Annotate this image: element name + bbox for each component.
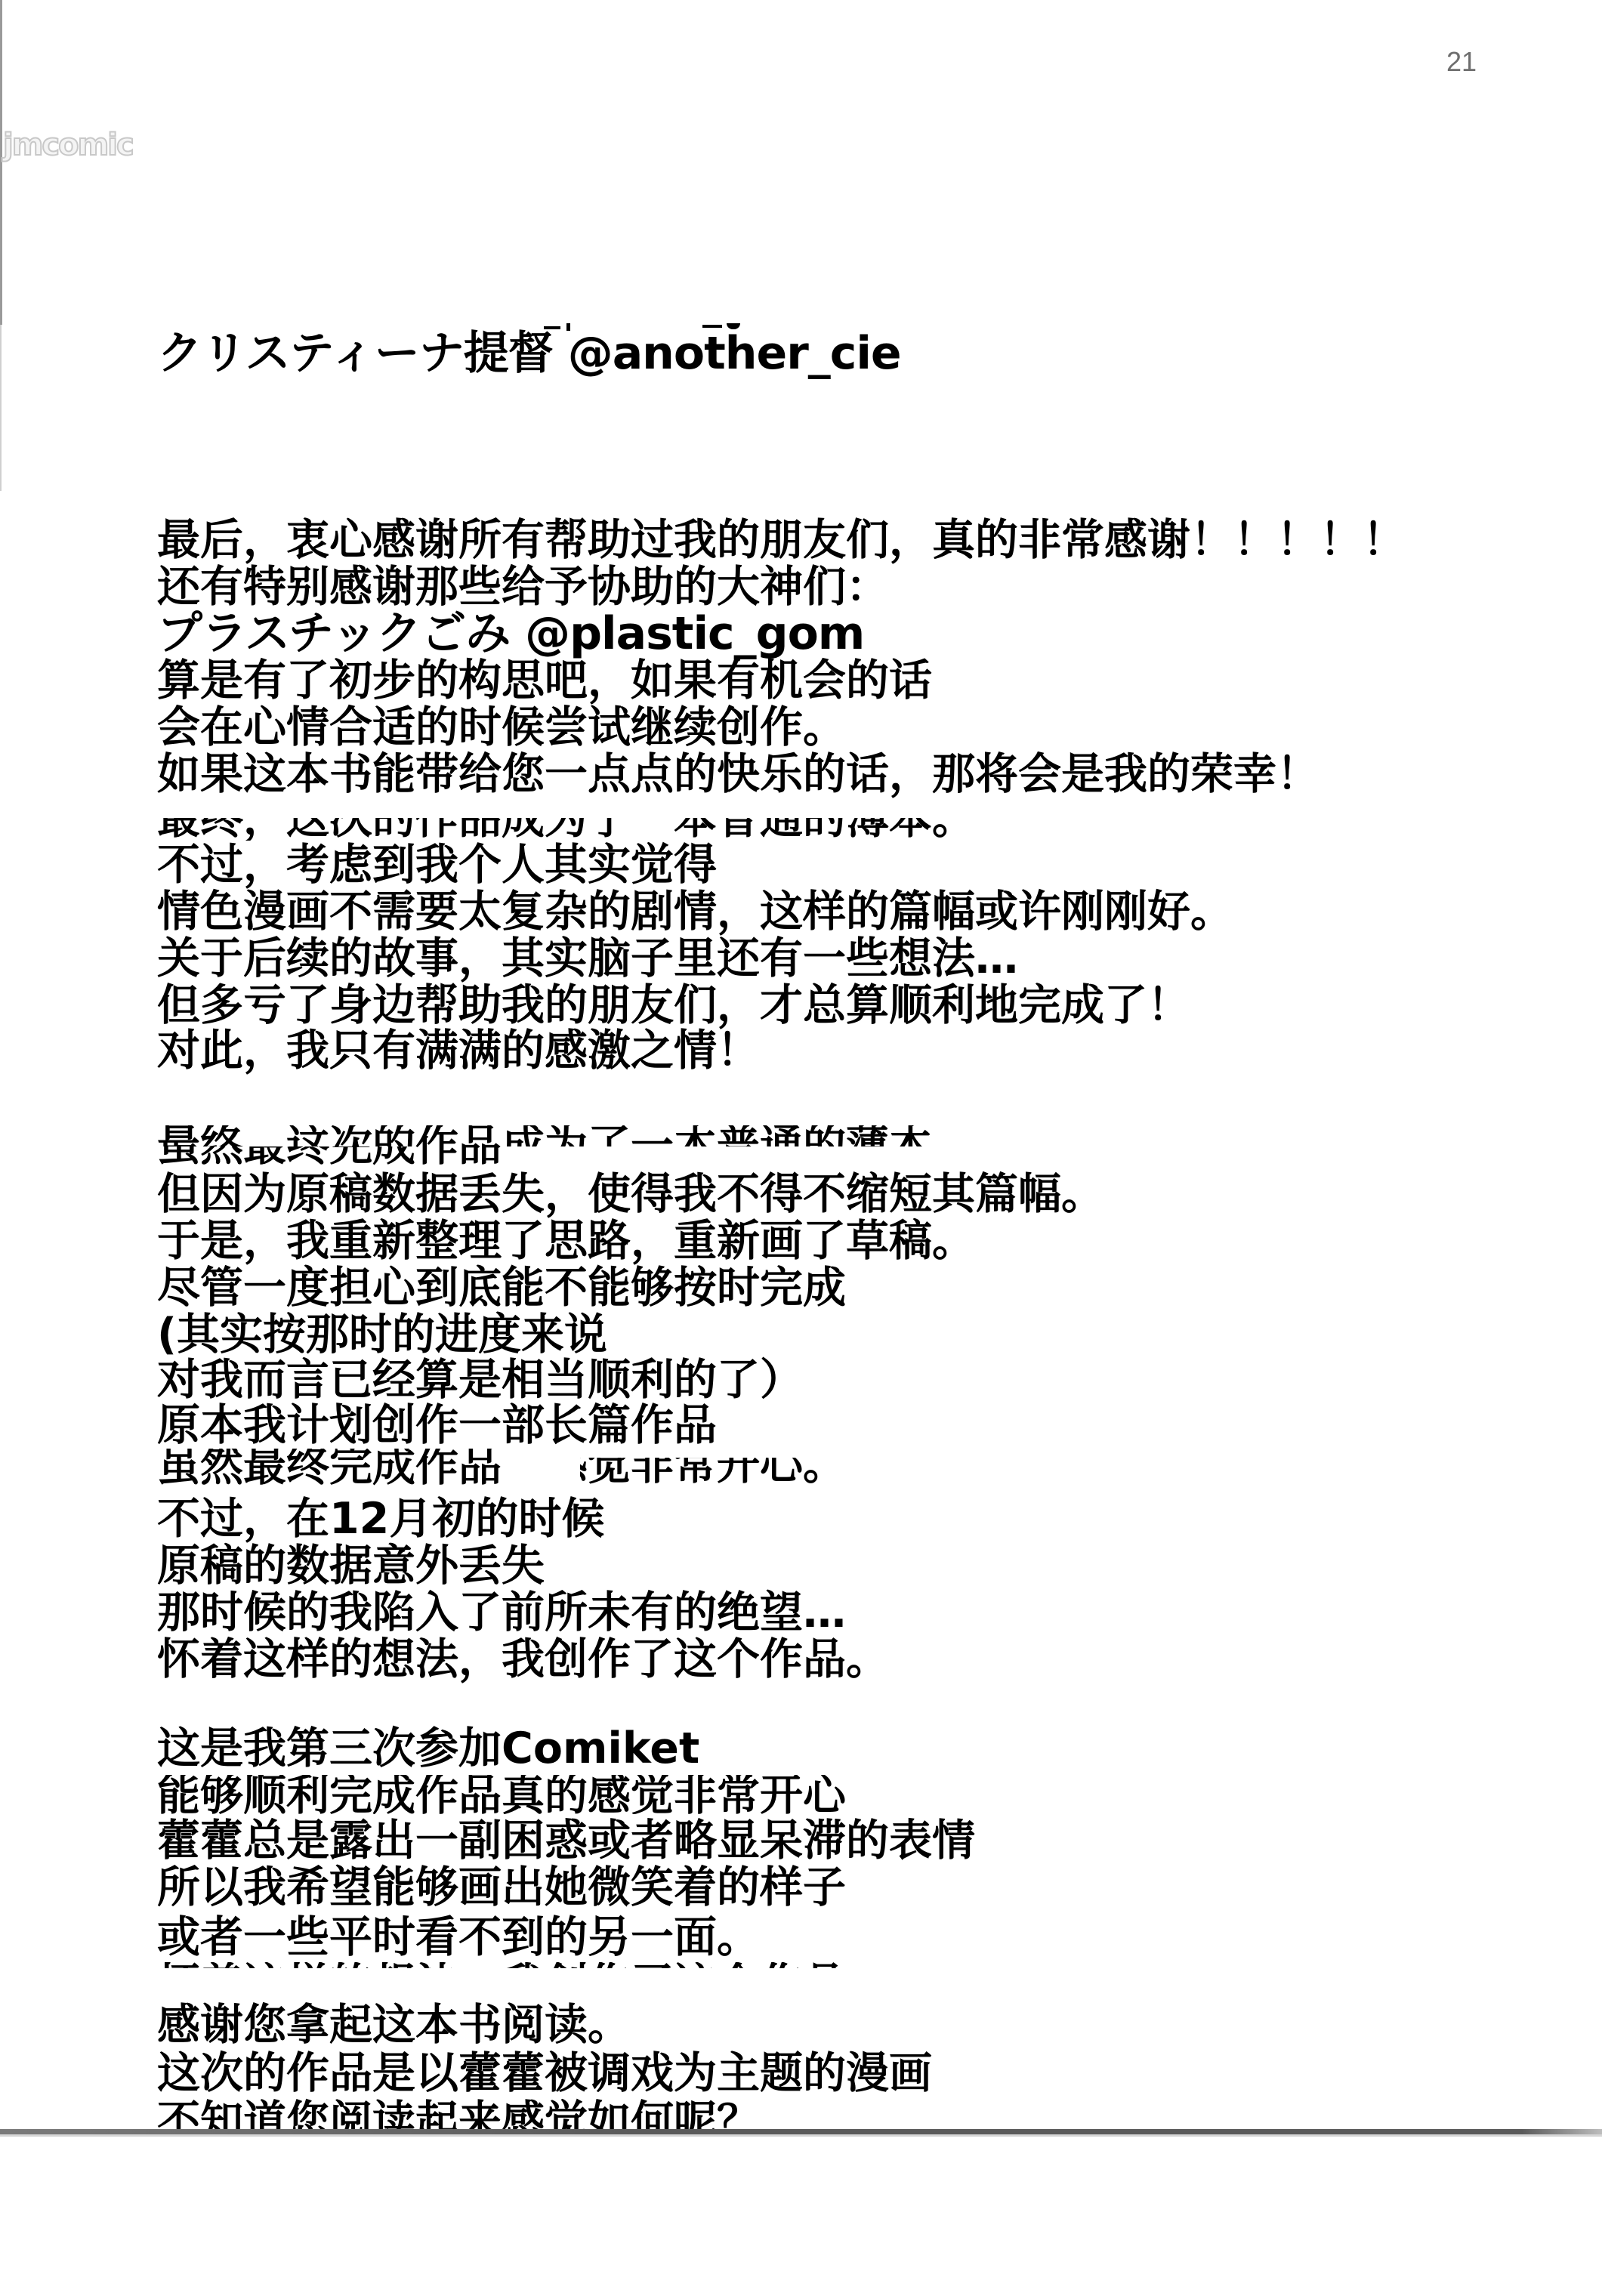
text-line: 如果这本书能带给您一点点的快乐的话，那将会是我的荣幸！ <box>157 751 1320 798</box>
text-line: プラスチックごみ @plastic_gom <box>157 610 864 657</box>
text-line: 关于后续的故事，其实脑子里还有一些想法… <box>157 935 1018 982</box>
page-number: 21 <box>1446 47 1477 77</box>
text-line: 这是我第三次参加Comiket <box>157 1725 699 1772</box>
text-line: 那时候的我陷入了前所未有的绝望… <box>157 1589 846 1636</box>
bottom-edge-shadow <box>0 2134 1602 2137</box>
overlapped-text-line-bottom: 虽然最终完成作品 <box>157 1146 610 1166</box>
text-line: 算是有了初步的构思吧，如果有机会的话 <box>157 657 932 704</box>
clipped-text-line: 怀着这样的想法，我创作了这个作品。 <box>157 1962 912 1968</box>
scanned-page: jmcomic 21 クリスティーナ提督 @another_cie 最后，衷心感… <box>0 0 1602 2296</box>
text-line: 尽管一度担心到底能不能够按时完成 <box>157 1264 846 1311</box>
text-line: 情色漫画不需要太复杂的剧情，这样的篇幅或许刚刚好。 <box>157 888 1233 935</box>
overlapped-text-line: 能够顺利完成作品真的感觉非常开心 <box>157 1775 912 1814</box>
watermark-logo: jmcomic <box>3 127 133 163</box>
text-line: (其实按那时的进度来说 <box>157 1311 607 1358</box>
text-line: 藿藿总是露出一副困惑或者略显呆滞的表情 <box>157 1817 975 1864</box>
bottom-edge-rule <box>0 2129 1602 2134</box>
text-line: 不过，在12月初的时候 <box>157 1495 604 1542</box>
text-line: 还有特别感谢那些给予协助的大神们： <box>157 563 889 610</box>
text-line: 所以我希望能够画出她微笑着的样子 <box>157 1864 846 1911</box>
clipped-text-line: 最终，这次的作品成为了一本普通的薄本。 <box>157 818 1215 841</box>
text-line: 这次的作品是以藿藿被调戏为主题的漫画 <box>157 2050 932 2097</box>
text-line: 但多亏了身边帮助我的朋友们，才总算顺利地完成了！ <box>157 982 1190 1029</box>
text-line: 原本我计划创作一部长篇作品 <box>157 1402 717 1449</box>
left-edge-rule <box>0 0 2 325</box>
text-line: 对我而言已经算是相当顺利的了） <box>157 1356 803 1403</box>
text-line: 不过，考虑到我个人其实觉得 <box>157 841 717 888</box>
text-line: 最后，衷心感谢所有帮助过我的朋友们，真的非常感谢！！！！！ <box>157 517 1406 563</box>
text-line: 于是，我重新整理了思路，重新画了草稿。 <box>157 1217 975 1264</box>
text-line: 或者一些平时看不到的另一面。 <box>157 1914 760 1961</box>
credit-heading: クリスティーナ提督 @another_cie <box>157 323 901 384</box>
text-line: 但因为原稿数据丢失，使得我不得不缩短其篇幅。 <box>157 1171 1104 1217</box>
left-edge-rule-faint <box>0 325 2 491</box>
text-line: 会在心情合适的时候尝试继续创作。 <box>157 704 846 751</box>
text-line: 对此，我只有满满的感激之情！ <box>157 1027 760 1074</box>
text-line: 原稿的数据意外丢失 <box>157 1542 545 1589</box>
overlapped-text-line-bottom: 虽然最终完成作品 <box>157 1449 580 1488</box>
clipped-text-line: 不知道您阅读起来感觉如何呢？ <box>157 2098 1063 2130</box>
text-line: 感谢您拿起这本书阅读。 <box>157 2001 631 2048</box>
text-line: 怀着这样的想法，我创作了这个作品。 <box>157 1636 889 1683</box>
overlapped-text-line-top: 最终，这次的作品成为了一本普通的薄本 <box>157 1125 1215 1146</box>
